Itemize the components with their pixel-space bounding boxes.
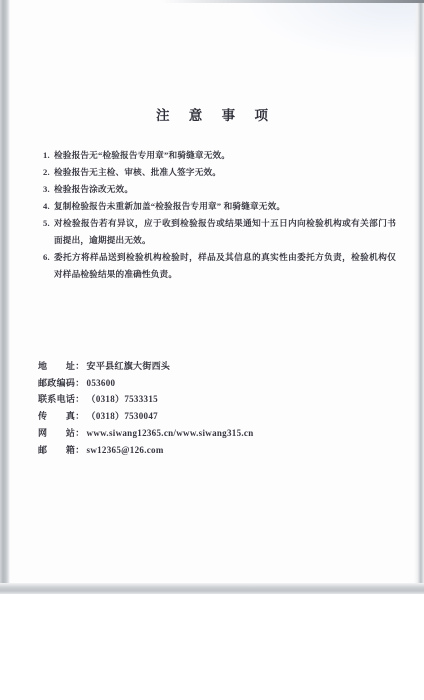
contact-email-value: sw12365@126.com <box>85 442 164 459</box>
contact-label: 网 站： <box>38 425 85 442</box>
contact-postcode-row: 邮政编码： 053600 <box>38 375 254 392</box>
notice-list: 1. 检验报告无“检验报告专用章”和骑缝章无效。 2. 检验报告无主检、审核、批… <box>43 147 398 283</box>
notice-text: 复制检验报告未重新加盖“检验报告专用章” 和骑缝章无效。 <box>54 198 285 215</box>
page-top-edge-shadow <box>161 0 424 3</box>
notice-number: 1. <box>43 147 54 164</box>
contact-fax-value: （0318）7530047 <box>85 408 158 425</box>
notice-item-2: 2. 检验报告无主检、审核、批准人签字无效。 <box>43 164 398 181</box>
contact-label: 联系电话： <box>38 391 85 408</box>
contact-label: 邮 箱： <box>38 442 85 459</box>
notice-number: 4. <box>43 198 54 215</box>
notice-number: 2. <box>43 164 54 181</box>
page-right-edge-shadow <box>414 0 424 594</box>
scanned-page: 注 意 事 项 1. 检验报告无“检验报告专用章”和骑缝章无效。 2. 检验报告… <box>0 0 424 594</box>
contact-info-block: 地 址： 安平县红旗大街西头 邮政编码： 053600 联系电话： （0318）… <box>38 358 254 458</box>
contact-phone-row: 联系电话： （0318）7533315 <box>38 391 254 408</box>
notice-item-6: 6. 委托方将样品送到检验机构检验时，样品及其信息的真实性由委托方负责，检验机构… <box>43 249 398 283</box>
notice-number: 3. <box>43 181 54 198</box>
page-left-edge-shadow <box>0 0 10 594</box>
notice-item-3: 3. 检验报告涂改无效。 <box>43 181 398 198</box>
contact-postcode-value: 053600 <box>85 375 116 392</box>
background-area <box>0 594 424 700</box>
notice-item-1: 1. 检验报告无“检验报告专用章”和骑缝章无效。 <box>43 147 398 164</box>
contact-phone-value: （0318）7533315 <box>85 391 158 408</box>
page-bottom-edge-shadow <box>0 583 424 594</box>
notice-text: 对检验报告若有异议，应于收到检验报告或结果通知十五日内向检验机构或有关部门书面提… <box>54 215 396 249</box>
notice-item-4: 4. 复制检验报告未重新加盖“检验报告专用章” 和骑缝章无效。 <box>43 198 398 215</box>
contact-label: 传 真： <box>38 408 85 425</box>
notice-text: 委托方将样品送到检验机构检验时，样品及其信息的真实性由委托方负责，检验机构仅对样… <box>54 249 396 283</box>
contact-website-value: www.siwang12365.cn/www.siwang315.cn <box>85 425 254 442</box>
page-title: 注 意 事 项 <box>0 104 424 124</box>
notice-number: 6. <box>43 249 54 266</box>
notice-item-5: 5. 对检验报告若有异议，应于收到检验报告或结果通知十五日内向检验机构或有关部门… <box>43 215 398 249</box>
notice-text: 检验报告无主检、审核、批准人签字无效。 <box>54 164 221 181</box>
contact-label: 邮政编码： <box>38 375 85 392</box>
notice-number: 5. <box>43 215 54 232</box>
notice-text: 检验报告涂改无效。 <box>54 181 133 198</box>
contact-fax-row: 传 真： （0318）7530047 <box>38 408 254 425</box>
contact-address-row: 地 址： 安平县红旗大街西头 <box>38 358 254 375</box>
contact-email-row: 邮 箱： sw12365@126.com <box>38 442 254 459</box>
contact-address-value: 安平县红旗大街西头 <box>85 358 171 375</box>
contact-label: 地 址： <box>38 358 85 375</box>
notice-text: 检验报告无“检验报告专用章”和骑缝章无效。 <box>54 147 230 164</box>
contact-website-row: 网 站： www.siwang12365.cn/www.siwang315.cn <box>38 425 254 442</box>
